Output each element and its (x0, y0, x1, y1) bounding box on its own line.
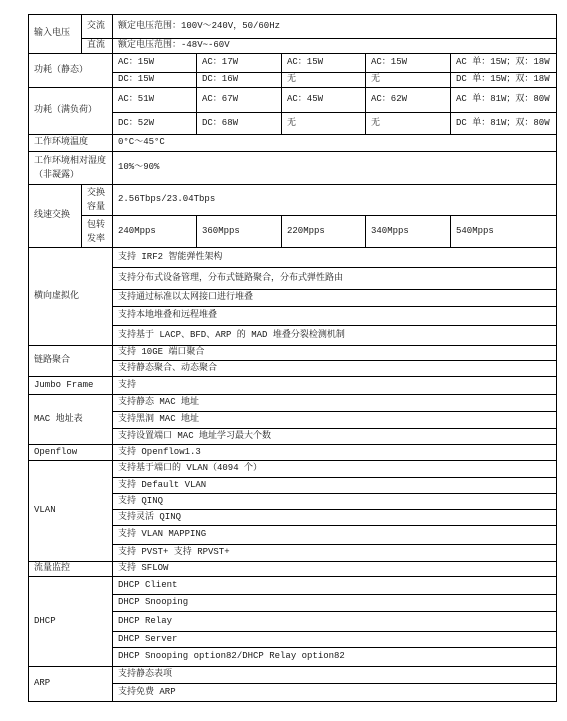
power-full-ac-4: AC：62W (366, 88, 451, 113)
table-row: 流量监控 支持 SFLOW (29, 562, 557, 577)
forwarding-rate-3: 220Mpps (282, 216, 366, 248)
power-full-ac-5: AC 单：81W；双：80W (451, 88, 557, 113)
power-static-dc-1: DC：15W (113, 73, 197, 88)
feature-item: 支持设置端口 MAC 地址学习最大个数 (113, 429, 557, 445)
feature-item: 支持 VLAN MAPPING (113, 526, 557, 545)
section-label-jumbo-frame: Jumbo Frame (29, 377, 113, 395)
table-row: Openflow 支持 Openflow1.3 (29, 445, 557, 461)
forwarding-label-line1: 包转 (87, 218, 110, 232)
power-full-dc-5: DC 单：81W；双：80W (451, 113, 557, 135)
section-label-traffic-monitoring: 流量监控 (29, 562, 113, 577)
power-static-dc-3: 无 (282, 73, 366, 88)
table-row: ARP 支持静态表项 (29, 667, 557, 684)
sub-label-ac: 交流 (82, 15, 113, 39)
table-row: Jumbo Frame 支持 (29, 377, 557, 395)
document-page: 输入电压 交流 额定电压范围：100V～240V，50/60Hz 直流 额定电压… (0, 0, 567, 721)
feature-item: 支持本地堆叠和远程堆叠 (113, 307, 557, 326)
spec-table: 输入电压 交流 额定电压范围：100V～240V，50/60Hz 直流 额定电压… (28, 14, 557, 702)
feature-item: 支持 PVST+ 支持 RPVST+ (113, 545, 557, 562)
row-label-power-static: 功耗（静态） (29, 54, 113, 88)
feature-item: 支持免费 ARP (113, 684, 557, 702)
feature-item: 支持 QINQ (113, 494, 557, 510)
humidity-label-line2: （非凝露） (34, 168, 110, 182)
feature-item: 支持 10GE 端口聚合 (113, 346, 557, 361)
feature-item: 支持通过标准以太网接口进行堆叠 (113, 290, 557, 307)
feature-item: 支持静态 MAC 地址 (113, 395, 557, 412)
power-static-ac-3: AC：15W (282, 54, 366, 73)
feature-item: DHCP Relay (113, 612, 557, 632)
humidity-label-line1: 工作环境相对湿度 (34, 154, 110, 168)
row-label-power-full-load: 功耗（满负荷） (29, 88, 113, 135)
power-static-dc-4: 无 (366, 73, 451, 88)
table-row: 工作环境相对湿度 （非凝露） 10%～90% (29, 152, 557, 185)
power-static-dc-2: DC：16W (197, 73, 282, 88)
power-full-ac-2: AC：67W (197, 88, 282, 113)
feature-item: 支持静态聚合、动态聚合 (113, 361, 557, 377)
feature-item: 支持分布式设备管理，分布式链路聚合，分布式弹性路由 (113, 268, 557, 290)
switching-capacity-value: 2.56Tbps/23.04Tbps (113, 185, 557, 216)
power-static-ac-2: AC：17W (197, 54, 282, 73)
table-row: 输入电压 交流 额定电压范围：100V～240V，50/60Hz (29, 15, 557, 39)
table-row: DHCP DHCP Client (29, 577, 557, 595)
input-voltage-dc-value: 额定电压范围：-48V~-60V (113, 39, 557, 54)
section-label-vlan: VLAN (29, 461, 113, 562)
feature-item: DHCP Snooping option82/DHCP Relay option… (113, 648, 557, 667)
feature-item: 支持 Openflow1.3 (113, 445, 557, 461)
capacity-label-line1: 交换 (87, 186, 110, 200)
feature-item: 支持灵活 QINQ (113, 510, 557, 526)
operating-temperature-value: 0°C～45°C (113, 135, 557, 152)
table-row: 线速交换 交换 容量 2.56Tbps/23.04Tbps (29, 185, 557, 216)
row-label-input-voltage: 输入电压 (29, 15, 82, 54)
feature-item: 支持 (113, 377, 557, 395)
section-label-lateral-virtualization: 横向虚拟化 (29, 248, 113, 346)
table-row: VLAN 支持基于端口的 VLAN（4094 个） (29, 461, 557, 478)
section-label-mac-address-table: MAC 地址表 (29, 395, 113, 445)
row-label-wire-speed-switching: 线速交换 (29, 185, 82, 248)
feature-item: 支持 IRF2 智能弹性架构 (113, 248, 557, 268)
input-voltage-ac-value: 额定电压范围：100V～240V，50/60Hz (113, 15, 557, 39)
feature-item: 支持 SFLOW (113, 562, 557, 577)
power-full-ac-3: AC：45W (282, 88, 366, 113)
feature-item: 支持黑洞 MAC 地址 (113, 412, 557, 429)
capacity-label-line2: 容量 (87, 200, 110, 214)
sub-label-packet-forwarding-rate: 包转 发率 (82, 216, 113, 248)
sub-label-switching-capacity: 交换 容量 (82, 185, 113, 216)
power-static-ac-4: AC：15W (366, 54, 451, 73)
power-static-dc-5: DC 单：15W；双：18W (451, 73, 557, 88)
row-label-operating-temperature: 工作环境温度 (29, 135, 113, 152)
power-full-dc-2: DC：68W (197, 113, 282, 135)
forwarding-rate-1: 240Mpps (113, 216, 197, 248)
forwarding-label-line2: 发率 (87, 232, 110, 246)
power-full-ac-1: AC：51W (113, 88, 197, 113)
feature-item: 支持基于 LACP、BFD、ARP 的 MAD 堆叠分裂检测机制 (113, 326, 557, 346)
feature-item: 支持 Default VLAN (113, 478, 557, 494)
row-label-operating-humidity: 工作环境相对湿度 （非凝露） (29, 152, 113, 185)
power-full-dc-1: DC：52W (113, 113, 197, 135)
feature-item: 支持基于端口的 VLAN（4094 个） (113, 461, 557, 478)
feature-item: DHCP Client (113, 577, 557, 595)
table-row: 链路聚合 支持 10GE 端口聚合 (29, 346, 557, 361)
power-full-dc-3: 无 (282, 113, 366, 135)
power-full-dc-4: 无 (366, 113, 451, 135)
operating-humidity-value: 10%～90% (113, 152, 557, 185)
table-row: 横向虚拟化 支持 IRF2 智能弹性架构 (29, 248, 557, 268)
feature-item: 支持静态表项 (113, 667, 557, 684)
table-row: 工作环境温度 0°C～45°C (29, 135, 557, 152)
section-label-dhcp: DHCP (29, 577, 113, 667)
table-row: 功耗（静态） AC：15W AC：17W AC：15W AC：15W AC 单：… (29, 54, 557, 73)
table-row: 功耗（满负荷） AC：51W AC：67W AC：45W AC：62W AC 单… (29, 88, 557, 113)
feature-item: DHCP Snooping (113, 595, 557, 612)
table-row: 直流 额定电压范围：-48V~-60V (29, 39, 557, 54)
power-static-ac-5: AC 单：15W；双：18W (451, 54, 557, 73)
table-row: 包转 发率 240Mpps 360Mpps 220Mpps 340Mpps 54… (29, 216, 557, 248)
sub-label-dc: 直流 (82, 39, 113, 54)
forwarding-rate-4: 340Mpps (366, 216, 451, 248)
section-label-openflow: Openflow (29, 445, 113, 461)
power-static-ac-1: AC：15W (113, 54, 197, 73)
feature-item: DHCP Server (113, 632, 557, 648)
section-label-link-aggregation: 链路聚合 (29, 346, 113, 377)
section-label-arp: ARP (29, 667, 113, 702)
forwarding-rate-5: 540Mpps (451, 216, 557, 248)
forwarding-rate-2: 360Mpps (197, 216, 282, 248)
table-row: MAC 地址表 支持静态 MAC 地址 (29, 395, 557, 412)
